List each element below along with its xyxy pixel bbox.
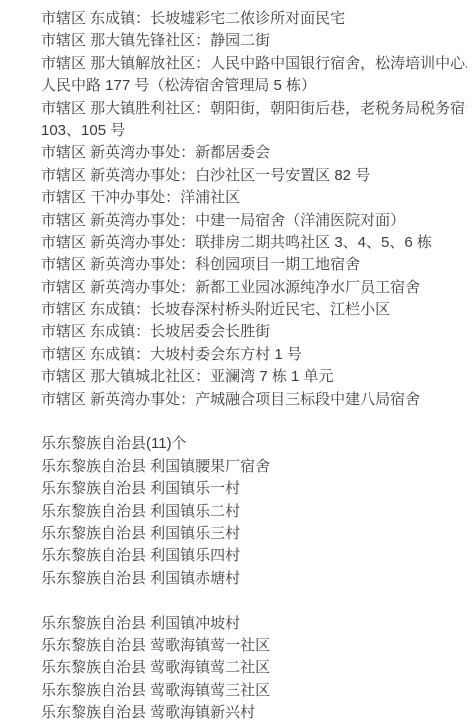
list-line: 市辖区 那大镇先锋社区：静园二街 <box>41 30 467 52</box>
list-line: 乐东黎族自治县 利国镇腰果厂宿舍 <box>41 456 467 478</box>
list-line: 市辖区 新英湾办事处：中建一局宿舍（洋浦医院对面） <box>41 210 467 232</box>
list-line: 市辖区 新英湾办事处：新都居委会 <box>41 142 467 164</box>
list-line: 乐东黎族自治县 莺歌海镇莺三社区 <box>41 680 467 702</box>
list-line: 乐东黎族自治县 莺歌海镇新兴村 <box>41 702 467 724</box>
list-line: 市辖区 东成镇：长坡墟彩宅二侬诊所对面民宅 <box>41 8 467 30</box>
list-line: 市辖区 东成镇：长坡居委会长胜街 <box>41 321 467 343</box>
list-line: 乐东黎族自治县 利国镇乐三村 <box>41 523 467 545</box>
list-line: 市辖区 新英湾办事处：产城融合项目三标段中建八局宿舍 <box>41 389 467 411</box>
list-line: 市辖区 干冲办事处：洋浦社区 <box>41 187 467 209</box>
list-line: 市辖区 那大镇城北社区：亚澜湾 7 栋 1 单元 <box>41 366 467 388</box>
blank-line <box>41 411 467 433</box>
blank-line <box>41 590 467 612</box>
list-line: 乐东黎族自治县 莺歌海镇莺二社区 <box>41 657 467 679</box>
list-line: 乐东黎族自治县 利国镇赤塘村 <box>41 568 467 590</box>
list-line: 乐东黎族自治县 莺歌海镇莺一社区 <box>41 635 467 657</box>
list-line: 市辖区 新英湾办事处：科创园项目一期工地宿舍 <box>41 254 467 276</box>
list-line: 乐东黎族自治县 利国镇乐四村 <box>41 545 467 567</box>
address-list-document: 市辖区 东成镇：长坡墟彩宅二侬诊所对面民宅 市辖区 那大镇先锋社区：静园二街 市… <box>0 0 473 726</box>
list-line: 乐东黎族自治县 利国镇冲坡村 <box>41 613 467 635</box>
list-line: 乐东黎族自治县 利国镇乐一村 <box>41 478 467 500</box>
list-line: 市辖区 东成镇：长坡春深村桥头附近民宅、江栏小区 <box>41 299 467 321</box>
list-line-continuation: 103、105 号 <box>41 120 467 142</box>
county-section-header: 乐东黎族自治县(11)个 <box>41 433 467 455</box>
list-line: 市辖区 那大镇解放社区：人民中路中国银行宿舍，松涛培训中心北 5 栋、 <box>41 53 467 75</box>
list-line: 市辖区 新英湾办事处：联排房二期共鸣社区 3、4、5、6 栋 <box>41 232 467 254</box>
list-line: 市辖区 那大镇胜利社区：朝阳街，朝阳街后巷，老税务局税务宿舍，胜利路 <box>41 98 467 120</box>
list-line: 乐东黎族自治县 利国镇乐二村 <box>41 501 467 523</box>
list-line-continuation: 人民中路 177 号（松涛宿舍管理局 5 栋） <box>41 75 467 97</box>
list-line: 市辖区 东成镇：大坡村委会东方村 1 号 <box>41 344 467 366</box>
list-line: 市辖区 新英湾办事处：新都工业园冰源纯净水厂员工宿舍 <box>41 277 467 299</box>
list-line: 市辖区 新英湾办事处：白沙社区一号安置区 82 号 <box>41 165 467 187</box>
